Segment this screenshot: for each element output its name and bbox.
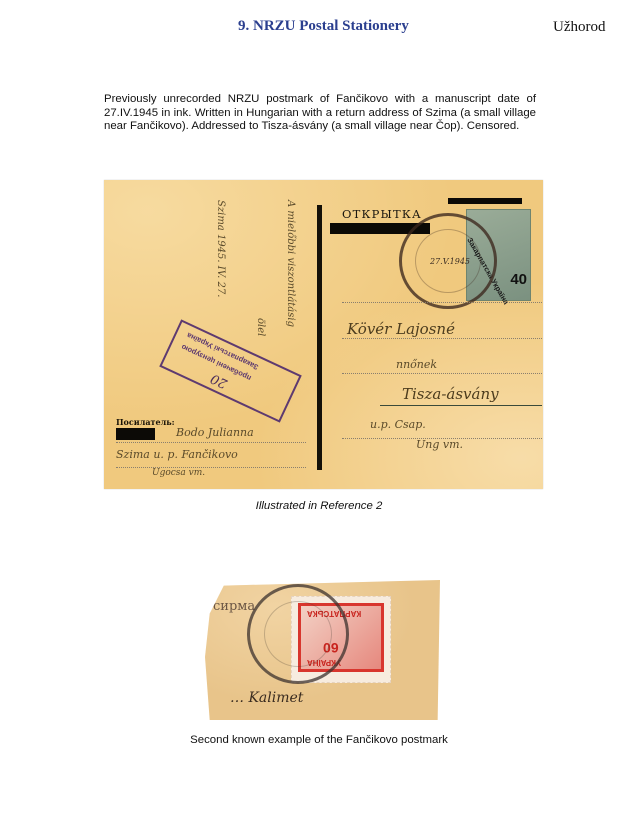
fragment-handwriting: … Kalimet <box>230 690 303 706</box>
page-place: Užhorod <box>553 19 606 36</box>
address-title: nnőnek <box>396 358 437 371</box>
page-title: 9. NRZU Postal Stationery <box>238 18 409 35</box>
stamp-value: 40 <box>510 271 527 288</box>
address-town: Tisza-ásvány <box>402 385 499 403</box>
postmark-date: 27.V.1945 <box>430 257 470 266</box>
sender-name: Bodo Julianna <box>176 426 254 439</box>
address-line <box>380 405 542 406</box>
postcard-divider <box>317 205 322 470</box>
address-name: Kövér Lajosné <box>347 320 455 338</box>
address-county: Ung vm. <box>416 438 463 451</box>
fragment-postmark-inner-ring <box>264 601 332 667</box>
sender-line <box>116 467 306 468</box>
intro-paragraph: Previously unrecorded NRZU postmark of F… <box>104 93 536 134</box>
sender-county: Ugocsa vm. <box>152 468 205 478</box>
postcard-image: ОТКРЫТКА Закарпатска Україна 40 27.V.194… <box>104 180 543 489</box>
sender-label: Посилатель: <box>116 417 175 427</box>
postmark-circle: 27.V.1945 <box>399 213 497 309</box>
cover-fragment-image: сирма КАРПАТСЬКА 60 УКРАЇНА … Kalimet <box>205 580 440 720</box>
address-post: u.p. Csap. <box>370 418 426 431</box>
sender-address: Szima u. p. Fančikovo <box>116 448 238 461</box>
fragment-postmark-circle <box>247 584 349 684</box>
obliterated-rate-bar <box>448 198 522 204</box>
censor-number: 20 <box>208 370 229 391</box>
margin-note-greeting: A mielőbbi viszontlátásig <box>285 200 296 327</box>
margin-note-date: Szima 1945. IV. 27. <box>215 200 226 297</box>
margin-note-sign: ölel <box>255 318 266 336</box>
fragment-printed-word: сирма <box>213 599 255 614</box>
postcard-caption: Illustrated in Reference 2 <box>0 500 638 512</box>
censor-handstamp: Закарпатськi Україна пробачені цензурою … <box>159 319 302 422</box>
address-line <box>342 373 542 374</box>
address-line <box>342 302 542 303</box>
obliterated-sender-bar <box>116 428 155 440</box>
postcard-heading: ОТКРЫТКА <box>342 207 422 221</box>
fragment-caption: Second known example of the Fančikovo po… <box>0 734 638 746</box>
sender-line <box>116 442 306 443</box>
address-line <box>342 338 542 339</box>
